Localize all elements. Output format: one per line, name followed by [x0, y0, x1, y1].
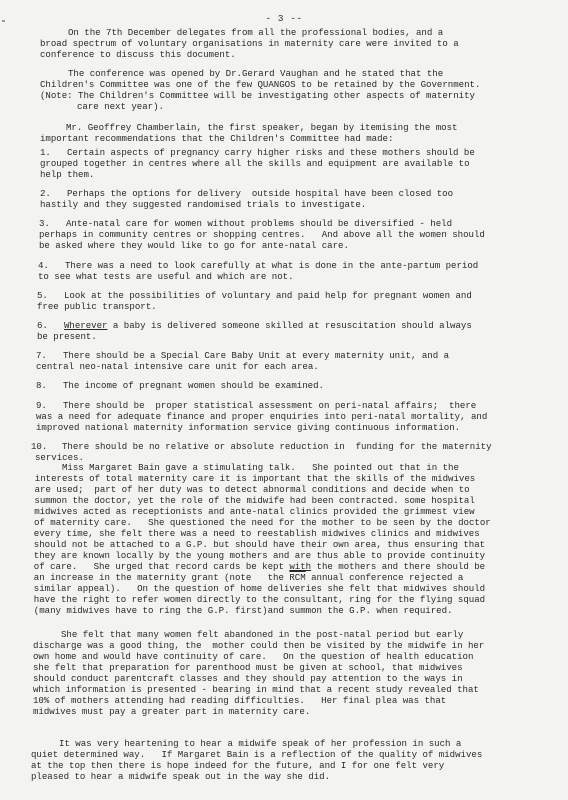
paragraph-line: summon the doctor, yet the role of the m… — [34, 495, 474, 506]
overlined-word: RCM — [289, 572, 305, 583]
paragraph-line: she felt that preparation for parenthood… — [33, 662, 463, 673]
item-number: 10. — [31, 441, 47, 452]
item-line: There should be proper statistical asses… — [63, 400, 476, 411]
paragraph-line: every time, she felt there was a need to… — [34, 528, 480, 539]
item-line: There should be a Special Care Baby Unit… — [63, 350, 449, 361]
paragraph-line: midwives must pay a greater part in mate… — [33, 706, 310, 717]
paragraph-line: conference to discuss this document. — [40, 49, 236, 60]
item-line: free public transport. — [37, 301, 157, 312]
item-line: The income of pregnant women should be e… — [63, 380, 324, 391]
paragraph-line: at the top then there is hope indeed for… — [31, 760, 444, 771]
paragraph-line: quiet determined way. If Margaret Bain i… — [31, 749, 482, 760]
item-line: to see what tests are useful and which a… — [38, 271, 294, 282]
item-line: help them. — [40, 169, 94, 180]
paragraph-line: should conduct parentcraft classes and t… — [33, 673, 463, 684]
item-line: be present. — [37, 331, 97, 342]
document-page: - 3 -- On the 7th December delegates fro… — [0, 0, 568, 800]
paragraph-line: should not be attached to a G.P. but sho… — [34, 539, 485, 550]
paragraph-line: have the right to refer women directly t… — [34, 594, 485, 605]
item-line: perhaps in community centres or shopping… — [39, 229, 485, 240]
item-line: central neo-natal intensive care unit fo… — [36, 361, 319, 372]
paragraph-line: 10% of mothers attending had reading dif… — [33, 695, 446, 706]
item-line: grouped together in centres where all th… — [40, 158, 470, 169]
paragraph-line: discharge was a good thing, the mother c… — [33, 640, 484, 651]
paragraph-line: own home and would have continuity of ca… — [33, 651, 473, 662]
paragraph-line: broad spectrum of voluntary organisation… — [40, 38, 459, 49]
item-line: Look at the possibilities of voluntary a… — [64, 290, 472, 301]
paragraph-line: important recommendations that the Child… — [40, 133, 393, 144]
paragraph-line: (many midwives have to ring the G.P. fir… — [34, 605, 453, 616]
item-number: 8. — [36, 380, 47, 391]
item-line: be asked where they would like to go for… — [39, 240, 349, 251]
item-line: Perhaps the options for delivery outside… — [67, 188, 453, 199]
item-line: was a need for adequate finance and prop… — [36, 411, 487, 422]
item-line: Ante-natal care for women without proble… — [66, 218, 452, 229]
item-line: There was a need to look carefully at wh… — [65, 260, 478, 271]
item-number: 6. — [37, 320, 48, 331]
item-line: improved national maternity information … — [36, 422, 460, 433]
item-number: 3. — [39, 218, 50, 229]
item-line: Certain aspects of pregnancy carry highe… — [67, 147, 475, 158]
item-line: hastily and they suggested randomised tr… — [40, 199, 366, 210]
paragraph-line: Children's Committee was one of the few … — [40, 79, 480, 90]
paragraph-line: She felt that many women felt abandoned … — [61, 629, 463, 640]
paragraph-line: pleased to hear a midwife speak out in t… — [31, 771, 330, 782]
underlined-word: with — [289, 561, 311, 572]
paragraph-line: of care. She urged that record cards be … — [34, 561, 485, 572]
page-number: - 3 -- — [0, 13, 568, 24]
item-number: 9. — [36, 400, 47, 411]
paragraph-line: which information is presented - bearing… — [33, 684, 479, 695]
paragraph-line: similar appeal). On the question of home… — [34, 583, 485, 594]
paragraph-line: an increase in the maternity grant (note… — [34, 572, 464, 583]
item-number: 2. — [40, 188, 51, 199]
item-number: 5. — [37, 290, 48, 301]
paragraph-line: On the 7th December delegates from all t… — [68, 27, 443, 38]
item-number: 7. — [36, 350, 47, 361]
item-number: 4. — [38, 260, 49, 271]
paragraph-line: interests of total maternity care it is … — [35, 473, 475, 484]
paragraph-line: midwives acted as receptionists and ante… — [34, 506, 474, 517]
item-number: 1. — [40, 147, 51, 158]
paragraph-line: (Note: The Children's Committee will be … — [40, 90, 475, 101]
underlined-word: Wherever — [64, 320, 108, 331]
paragraph-line: The conference was opened by Dr.Gerard V… — [68, 68, 443, 79]
paragraph-line: they are known locally by the young moth… — [34, 550, 485, 561]
paragraph-line: It was very heartening to hear a midwife… — [59, 738, 461, 749]
paragraph-line: of maternity care. She questioned the ne… — [34, 517, 491, 528]
paragraph-line: Miss Margaret Bain gave a stimulating ta… — [62, 462, 459, 473]
paragraph-line: Mr. Geoffrey Chamberlain, the first spea… — [66, 122, 457, 133]
paragraph-line: care next year). — [77, 101, 164, 112]
paragraph-line: are used; part of her duty was to detect… — [35, 484, 470, 495]
item-line: There should be no relative or absolute … — [62, 441, 492, 452]
item-line: Wherever a baby is delivered someone ski… — [64, 320, 472, 331]
